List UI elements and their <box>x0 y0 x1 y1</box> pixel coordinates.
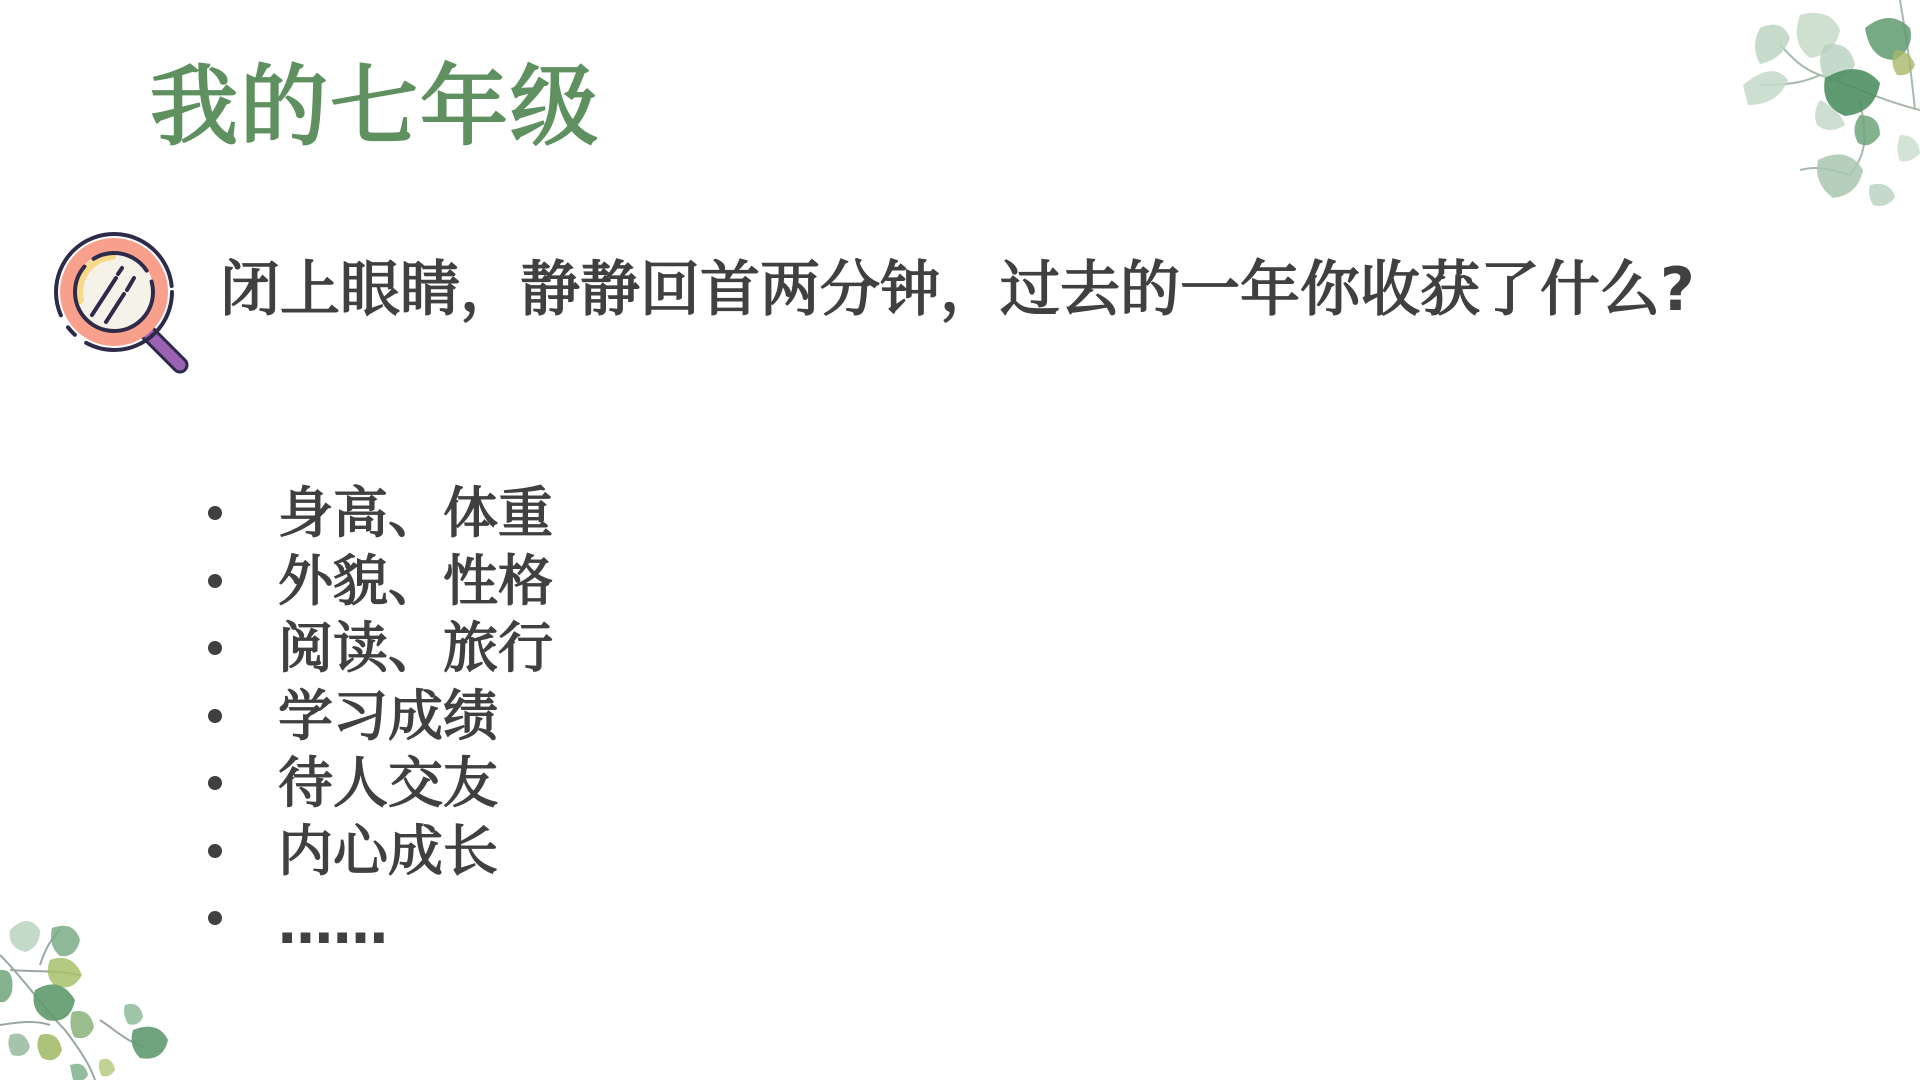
bullet-text: 外貌、性格 <box>278 546 553 616</box>
bullet-icon <box>208 641 222 655</box>
bullet-icon <box>208 506 222 520</box>
bullet-text: 待人交友 <box>278 748 498 818</box>
bullet-icon <box>208 844 222 858</box>
leaf-decoration-bottom-left-icon <box>0 900 200 1080</box>
slide-title: 我的七年级 <box>150 52 600 162</box>
question-row: 闭上眼睛，静静回首两分钟，过去的一年你收获了什么? <box>52 230 1892 380</box>
magnifying-glass-icon <box>52 230 202 380</box>
bullet-text: 学习成绩 <box>278 681 498 751</box>
bullet-text: 内心成长 <box>278 816 498 886</box>
bullet-icon <box>208 911 222 925</box>
bullet-text: 身高、体重 <box>278 478 553 548</box>
bullet-icon <box>208 709 222 723</box>
bullet-text: 阅读、旅行 <box>278 613 553 683</box>
slide: 我的七年级 闭上眼睛，静静回首两分钟，过去的一年你收获了什么? 身高、体重 <box>0 0 1920 1080</box>
question-text: 闭上眼睛，静静回首两分钟，过去的一年你收获了什么? <box>220 250 1695 330</box>
leaf-decoration-top-right-icon <box>1700 0 1920 210</box>
bullet-icon <box>208 574 222 588</box>
bullet-icon <box>208 776 222 790</box>
bullet-text: …… <box>278 889 388 959</box>
